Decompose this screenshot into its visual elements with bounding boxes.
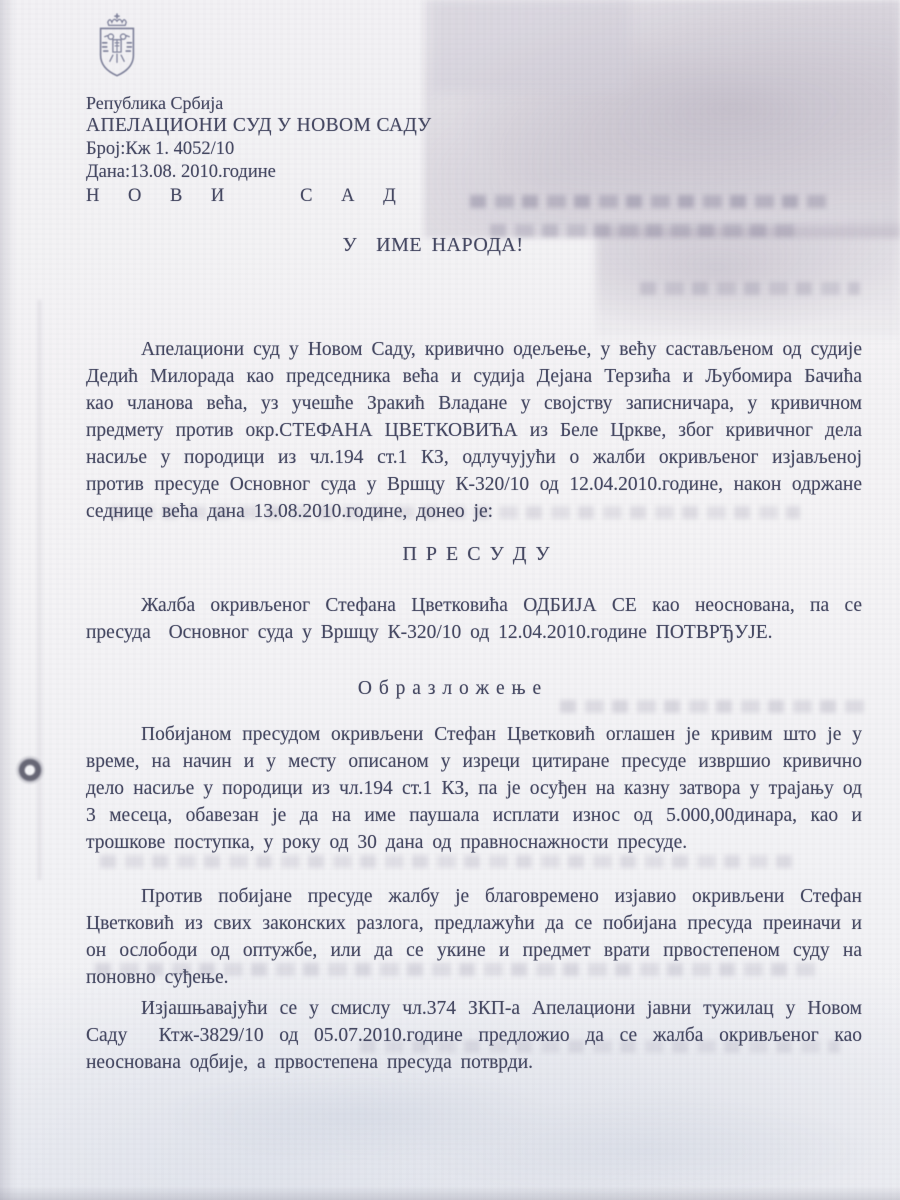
document-date: Дана:13.08. 2010.године [86, 161, 606, 184]
case-number: Број:Кж 1. 4052/10 [86, 138, 606, 161]
reasoning-heading: О б р а з л о ж е њ е [0, 678, 900, 700]
city-name: Н О В И С А Д [86, 184, 606, 208]
judgment-paragraph: Жалба окривљеног Стефана Цветковића ОДБИ… [86, 592, 862, 646]
ghost-text-bleed [560, 700, 870, 713]
scanned-document-page: Република Србија АПЕЛАЦИОНИ СУД У НОВОМ … [0, 0, 900, 1200]
ghost-text-bleed [100, 855, 800, 868]
reasoning-paragraph: Изјашњавајући се у смислу чл.374 ЗКП-а А… [86, 995, 862, 1076]
document-title: У ИМЕ НАРОДА! [0, 234, 866, 257]
scan-edge-bottom [0, 1186, 900, 1200]
intro-paragraph: Апелациони суд у Новом Саду, кривично од… [86, 336, 862, 525]
scan-edge-left [0, 0, 16, 1200]
ink-blot-mark [15, 753, 45, 787]
paper-fold-line [38, 300, 41, 880]
ghost-text-bleed [640, 282, 860, 295]
reasoning-paragraph: Против побијане пресуде жалбу је благовр… [86, 883, 862, 991]
serbian-coat-of-arms-icon [86, 12, 148, 88]
country-name: Република Србија [86, 92, 606, 114]
scan-blotch-bottom [0, 1060, 900, 1200]
letterhead: Република Србија АПЕЛАЦИОНИ СУД У НОВОМ … [86, 12, 606, 208]
reasoning-paragraph: Побијаном пресудом окривљени Стефан Цвет… [86, 721, 862, 856]
judgment-heading: П Р Е С У Д У [0, 543, 900, 566]
court-name: АПЕЛАЦИОНИ СУД У НОВОМ САДУ [86, 114, 606, 138]
